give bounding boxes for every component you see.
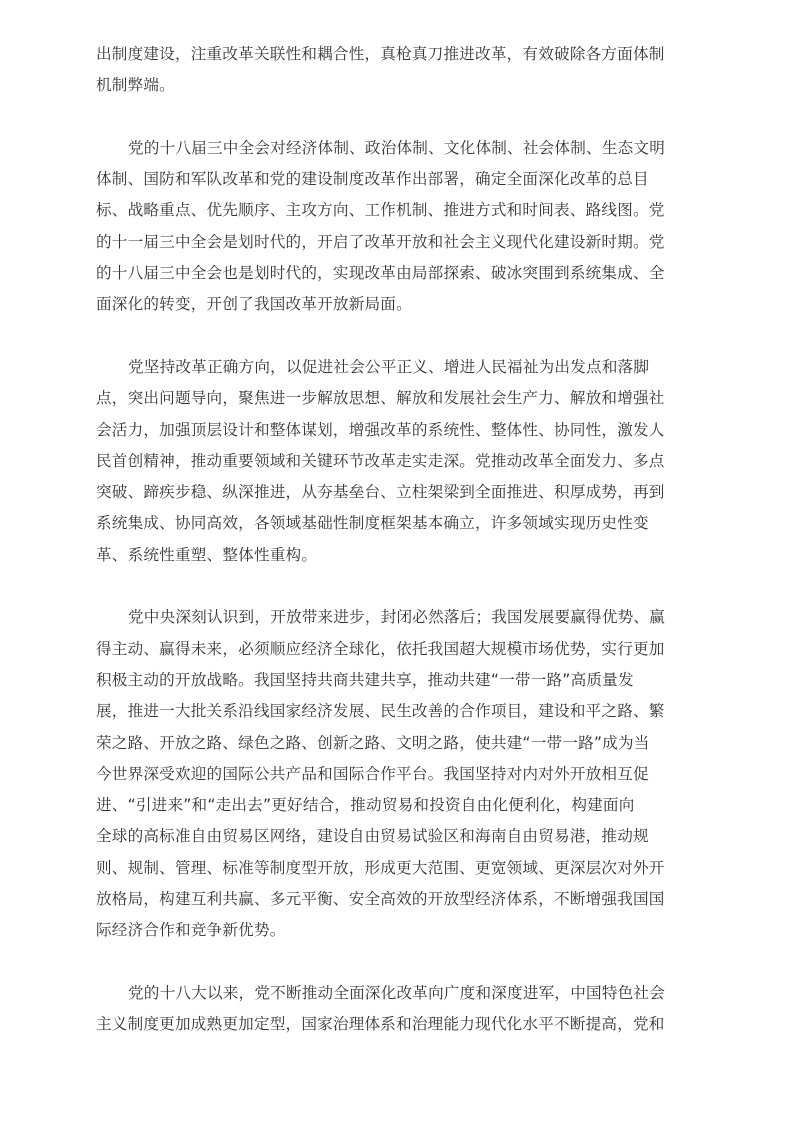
- text-line: 党中央深刻认识到，开放带来进步，封闭必然落后；我国发展要赢得优势、赢: [96, 602, 696, 633]
- paragraph-gap: [96, 947, 696, 978]
- paragraph: 党坚持改革正确方向，以促进社会公平正义、增进人民福祉为出发点和落脚 点，突出问题…: [96, 352, 696, 571]
- text-line: 标、战略重点、优先顺序、主攻方向、工作机制、推进方式和时间表、路线图。党: [96, 195, 696, 226]
- text-line: 系统集成、协同高效，各领域基础性制度框架基本确立，许多领域实现历史性变: [96, 508, 696, 539]
- paragraph: 出制度建设，注重改革关联性和耦合性，真枪真刀推进改革，有效破除各方面体制 机制弊…: [96, 39, 696, 102]
- text-line: 主义制度更加成熟更加定型，国家治理体系和治理能力现代化水平不断提高，党和: [96, 1009, 696, 1040]
- text-line: 党的十八大以来，党不断推动全面深化改革向广度和深度进军，中国特色社会: [96, 978, 696, 1009]
- text-line: 出制度建设，注重改革关联性和耦合性，真枪真刀推进改革，有效破除各方面体制: [96, 39, 696, 70]
- text-line: 突破、蹄疾步稳、纵深推进，从夯基垒台、立柱架梁到全面推进、积厚成势，再到: [96, 477, 696, 508]
- text-line: 进、“引进来”和“走出去”更好结合，推动贸易和投资自由化便利化，构建面向: [96, 790, 696, 821]
- text-line: 全球的高标准自由贸易区网络，建设自由贸易试验区和海南自由贸易港，推动规: [96, 821, 696, 852]
- paragraph: 党的十八大以来，党不断推动全面深化改革向广度和深度进军，中国特色社会 主义制度更…: [96, 978, 696, 1041]
- text-line: 展，推进一大批关系沿线国家经济发展、民生改善的合作项目，建设和平之路、繁: [96, 696, 696, 727]
- text-line: 面深化的转变，开创了我国改革开放新局面。: [96, 289, 696, 320]
- text-line: 民首创精神，推动重要领域和关键环节改革走实走深。党推动改革全面发力、多点: [96, 446, 696, 477]
- text-line: 荣之路、开放之路、绿色之路、创新之路、文明之路，使共建“一带一路”成为当: [96, 728, 696, 759]
- text-line: 则、规制、管理、标准等制度型开放，形成更大范围、更宽领域、更深层次对外开: [96, 853, 696, 884]
- text-line: 点，突出问题导向，聚焦进一步解放思想、解放和发展社会生产力、解放和增强社: [96, 383, 696, 414]
- text-line: 革、系统性重塑、整体性重构。: [96, 540, 696, 571]
- paragraph-gap: [96, 102, 696, 133]
- text-line: 际经济合作和竞争新优势。: [96, 915, 696, 946]
- paragraph: 党中央深刻认识到，开放带来进步，封闭必然落后；我国发展要赢得优势、赢 得主动、赢…: [96, 602, 696, 946]
- text-line: 放格局，构建互利共赢、多元平衡、安全高效的开放型经济体系，不断增强我国国: [96, 884, 696, 915]
- text-line: 机制弊端。: [96, 70, 696, 101]
- paragraph-gap: [96, 321, 696, 352]
- paragraph: 党的十八届三中全会对经济体制、政治体制、文化体制、社会体制、生态文明 体制、国防…: [96, 133, 696, 321]
- text-line: 今世界深受欢迎的国际公共产品和国际合作平台。我国坚持对内对外开放相互促: [96, 759, 696, 790]
- text-line: 会活力，加强顶层设计和整体谋划，增强改革的系统性、整体性、协同性，激发人: [96, 415, 696, 446]
- text-line: 党的十八届三中全会对经济体制、政治体制、文化体制、社会体制、生态文明: [96, 133, 696, 164]
- text-line: 得主动、赢得未来，必须顺应经济全球化，依托我国超大规模市场优势，实行更加: [96, 634, 696, 665]
- text-line: 体制、国防和军队改革和党的建设制度改革作出部署，确定全面深化改革的总目: [96, 164, 696, 195]
- text-line: 的十一届三中全会是划时代的，开启了改革开放和社会主义现代化建设新时期。党: [96, 227, 696, 258]
- paragraph-gap: [96, 571, 696, 602]
- text-line: 的十八届三中全会也是划时代的，实现改革由局部探索、破冰突围到系统集成、全: [96, 258, 696, 289]
- text-line: 积极主动的开放战略。我国坚持共商共建共享，推动共建“一带一路”高质量发: [96, 665, 696, 696]
- document-page: 出制度建设，注重改革关联性和耦合性，真枪真刀推进改革，有效破除各方面体制 机制弊…: [96, 39, 696, 1041]
- text-line: 党坚持改革正确方向，以促进社会公平正义、增进人民福祉为出发点和落脚: [96, 352, 696, 383]
